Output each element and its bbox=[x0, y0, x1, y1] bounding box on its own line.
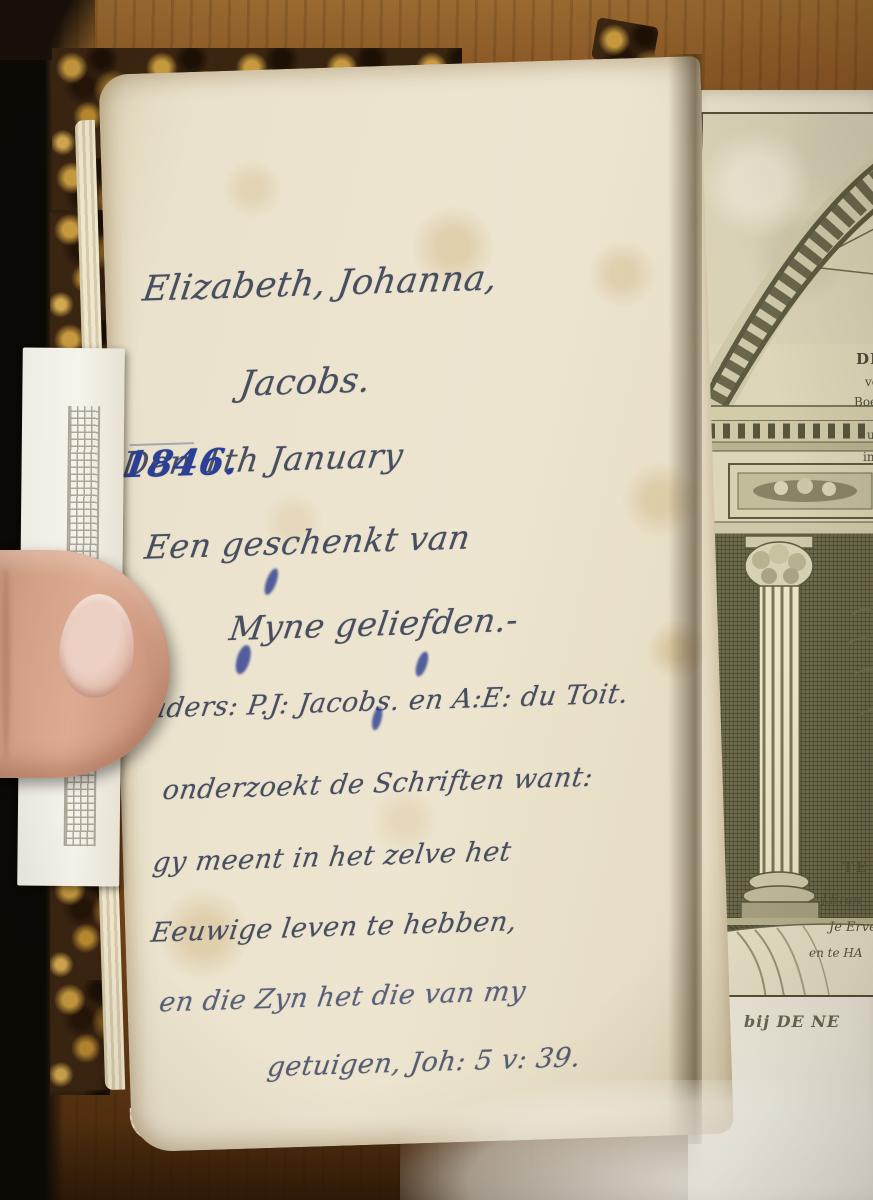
engraving-text-fragment: in bbox=[863, 450, 873, 464]
drape-imprint-line: en te HA bbox=[809, 946, 863, 960]
book-gutter-shadow bbox=[668, 54, 702, 1144]
illegible-script-lines bbox=[847, 609, 873, 714]
engraving-text-fragment: ver bbox=[865, 375, 873, 389]
drape-imprint-line: Je Erve bbox=[829, 920, 873, 935]
inscription-year: 1846. bbox=[120, 441, 241, 487]
engraving-text-fragment: Boe bbox=[854, 395, 873, 409]
drape-imprint-line: TE bbox=[843, 860, 868, 876]
drape-imprint-line: J.Bran bbox=[821, 893, 861, 908]
ink-blot bbox=[413, 650, 431, 678]
handwritten-inscription-page: Elizabeth, Johanna, Jacobs. Den 1th Janu… bbox=[98, 56, 734, 1152]
photo-of-antique-book: DE ver Boe uit in TE J.Bran Je Erve en t… bbox=[0, 0, 873, 1200]
finger-crease bbox=[2, 568, 10, 760]
light-glare bbox=[400, 1080, 873, 1200]
ink-blot bbox=[262, 567, 281, 597]
engraving-plate: DE ver Boe uit in TE J.Bran Je Erve en t… bbox=[701, 112, 873, 997]
fingernail bbox=[55, 590, 139, 701]
ink-blot bbox=[233, 643, 254, 675]
engraving-text-fragment: DE bbox=[856, 350, 873, 368]
engraving-text-fragment: uit bbox=[867, 428, 873, 442]
publisher-imprint: bij DE NE bbox=[744, 1012, 840, 1031]
